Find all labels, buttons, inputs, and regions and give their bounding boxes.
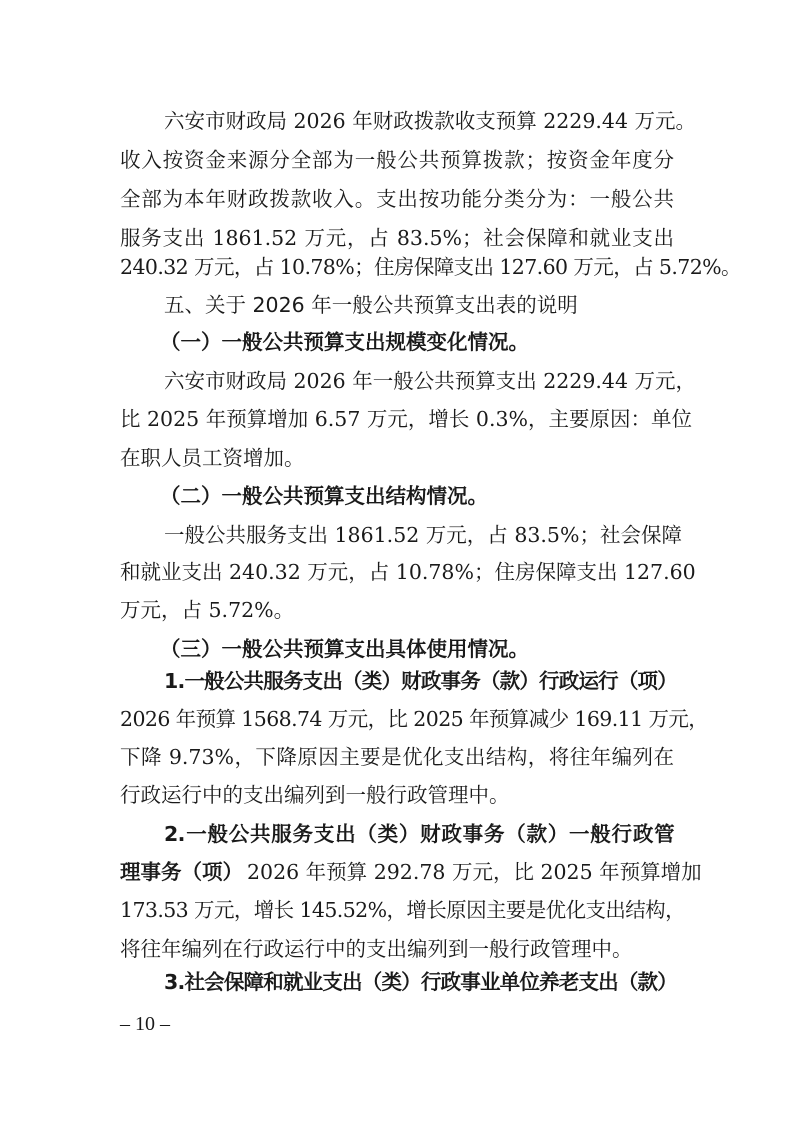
- paragraph-line: 将往年编列在行政运行中的支出编列到一般行政管理中。: [120, 936, 674, 962]
- paragraph-line: 在职人员工资增加。: [120, 445, 674, 471]
- subsection-heading: （一）一般公共预算支出规模变化情况。: [160, 329, 670, 355]
- paragraph-line: 全部为本年财政拨款收入。支出按功能分类分为：一般公共: [120, 186, 674, 212]
- document-page: 六安市财政局 2026 年财政拨款收支预算 2229.44 万元。 收入按资金来…: [0, 0, 793, 1122]
- paragraph-line: 173.53 万元，增长 145.52%，增长原因主要是优化支出结构，: [120, 897, 674, 923]
- paragraph-line: 一般公共服务支出 1861.52 万元，占 83.5%；社会保障: [164, 522, 674, 548]
- page-number: – 10 –: [120, 1013, 170, 1036]
- subsection-heading: （二）一般公共预算支出结构情况。: [160, 483, 670, 509]
- item-heading: 2.一般公共服务支出（类）财政事务（款）一般行政管: [164, 821, 674, 847]
- paragraph-line: 理事务（项） 2026 年预算 292.78 万元，比 2025 年预算增加: [120, 859, 674, 885]
- paragraph-line: 六安市财政局 2026 年一般公共预算支出 2229.44 万元，: [164, 368, 674, 394]
- paragraph-line: 收入按资金来源分全部为一般公共预算拨款；按资金年度分: [120, 147, 674, 173]
- item-heading-continuation: 理事务（项）: [120, 859, 243, 885]
- item-heading: 3.社会保障和就业支出（类）行政事业单位养老支出（款）: [164, 969, 674, 995]
- paragraph-line: 2026 年预算 1568.74 万元，比 2025 年预算减少 169.11 …: [120, 706, 674, 732]
- paragraph-line: 服务支出 1861.52 万元，占 83.5%；社会保障和就业支出: [120, 225, 674, 251]
- subsection-heading: （三）一般公共预算支出具体使用情况。: [160, 636, 670, 662]
- paragraph-line: 万元，占 5.72%。: [120, 597, 674, 623]
- paragraph-text: 2026 年预算 292.78 万元，比 2025 年预算增加: [243, 859, 702, 885]
- paragraph-line: 六安市财政局 2026 年财政拨款收支预算 2229.44 万元。: [164, 108, 674, 134]
- paragraph-line: 下降 9.73%，下降原因主要是优化支出结构，将往年编列在: [120, 744, 674, 770]
- paragraph-line: 和就业支出 240.32 万元，占 10.78%；住房保障支出 127.60: [120, 559, 674, 585]
- paragraph-line: 240.32 万元，占 10.78%；住房保障支出 127.60 万元，占 5.…: [120, 254, 674, 280]
- paragraph-line: 行政运行中的支出编列到一般行政管理中。: [120, 782, 674, 808]
- paragraph-line: 比 2025 年预算增加 6.57 万元，增长 0.3%，主要原因：单位: [120, 406, 674, 432]
- section-heading: 五、关于 2026 年一般公共预算支出表的说明: [164, 292, 674, 318]
- item-heading: 1.一般公共服务支出（类）财政事务（款）行政运行（项）: [164, 668, 674, 694]
